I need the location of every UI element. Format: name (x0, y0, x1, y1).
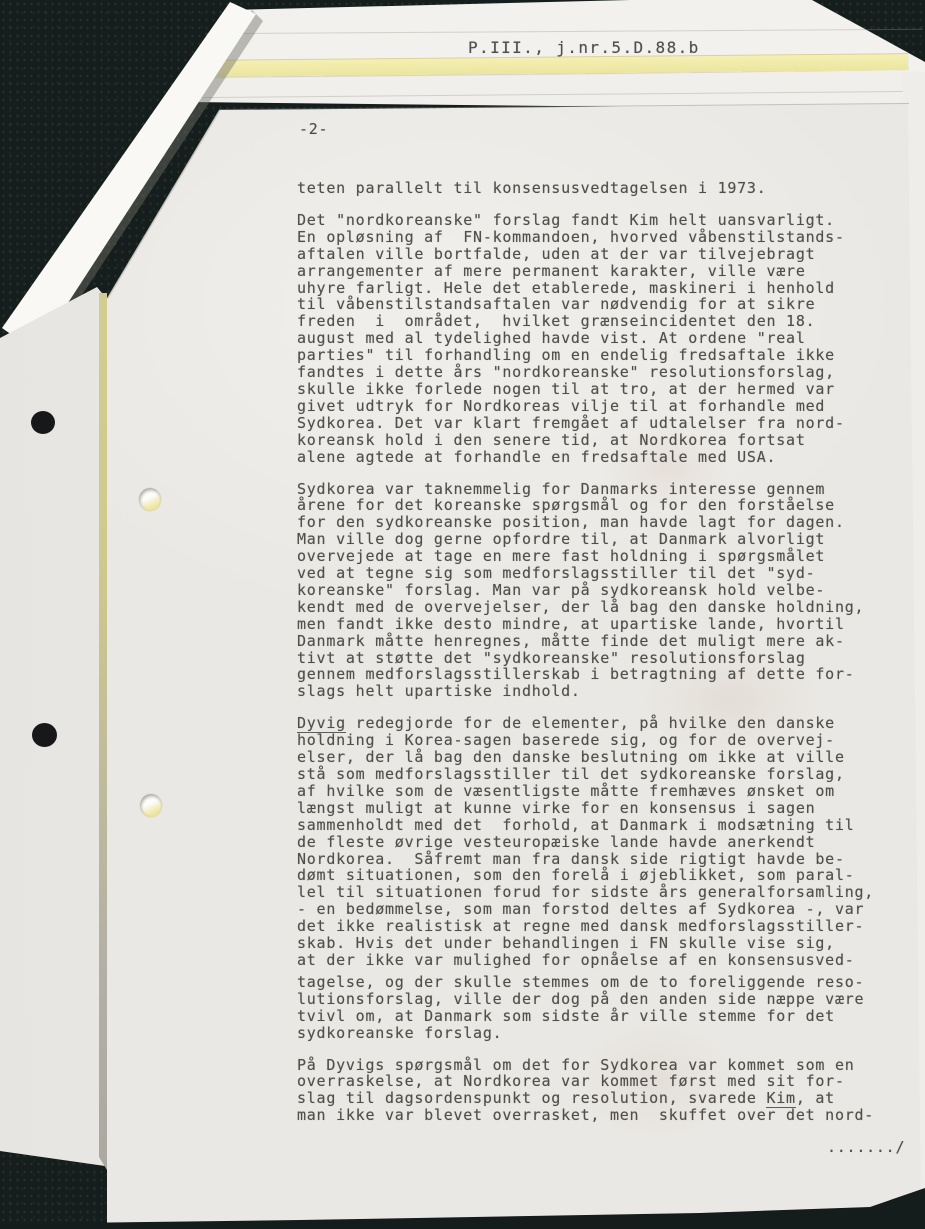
text-line: Nordkorea. Såfremt man fra dansk side ri… (297, 851, 925, 868)
page-number: -2- (299, 120, 328, 138)
header-reference: P.III., j.nr.5.D.88.b (468, 38, 700, 57)
text-line: En opløsning af FN-kommandoen, hvorved v… (297, 229, 925, 246)
text-line: arrangementer af mere permanent karakter… (297, 263, 925, 280)
text-line: årene for det koreanske spørgsmål og for… (297, 497, 925, 514)
text-line: fandtes i dette års "nordkoreanske" reso… (297, 364, 925, 381)
text-line: kendt med de overvejelser, der lå bag de… (297, 599, 925, 616)
punch-dot-top (31, 411, 55, 434)
text-line: teten parallelt til konsensusvedtagelsen… (297, 180, 925, 197)
text-line: stå som medforslagsstiller til det sydko… (297, 766, 925, 783)
text-line: til våbenstilstandsaftalen var nødvendig… (297, 296, 925, 313)
scanned-document-photo: P.III., j.nr.5.D.88.b -2- teten parallel… (0, 0, 925, 1229)
text-line: slag til dagsordenspunkt og resolution, … (297, 1090, 925, 1107)
text-line: parties" til forhandling om en endelig f… (297, 347, 925, 364)
text-line: Danmark måtte henregnes, måtte finde det… (297, 633, 925, 650)
text-line: tvivl om, at Danmark som sidste år ville… (297, 1008, 925, 1025)
text-line: overraskelse, at Nordkorea var kommet fø… (297, 1073, 925, 1090)
text-line: af hvilke som de væsentligste måtte frem… (297, 783, 925, 800)
text-line: sydkoreanske forslag. (297, 1025, 925, 1042)
text-line: august med al tydelighed havde vist. At … (297, 330, 925, 347)
text-line: at der ikke var mulighed for opnåelse af… (297, 952, 925, 969)
text-line: tivt at støtte det "sydkoreanske" resolu… (297, 650, 925, 667)
paragraph: Dyvig redegjorde for de elementer, på hv… (297, 715, 925, 1041)
text-line: slags helt upartiske indhold. (297, 683, 925, 700)
text-line: tagelse, og der skulle stemmes om de to … (297, 974, 925, 991)
punched-hole-bottom (140, 794, 162, 817)
paragraph: Det "nordkoreanske" forslag fandt Kim he… (297, 212, 925, 466)
text-line: Det "nordkoreanske" forslag fandt Kim he… (297, 212, 925, 229)
text-line: Dyvig redegjorde for de elementer, på hv… (297, 715, 925, 732)
text-line: alene agtede at forhandle en fredsaftale… (297, 449, 925, 466)
text-line: Man ville dog gerne opfordre til, at Dan… (297, 531, 925, 548)
text-line: dømt situationen, som den forelå i øjebl… (297, 867, 925, 884)
text-line: de fleste øvrige vesteuropæiske lande ha… (297, 834, 925, 851)
text-line: sammenholdt med det forhold, at Danmark … (297, 817, 925, 834)
text-line: det ikke realistisk at regne med dansk m… (297, 918, 925, 935)
text-line: Sydkorea var taknemmelig for Danmarks in… (297, 481, 925, 498)
text-line: skab. Hvis det under behandlingen i FN s… (297, 935, 925, 952)
text-line: lutionsforslag, ville der dog på den and… (297, 991, 925, 1008)
punched-hole-top (139, 488, 161, 511)
typewritten-text: teten parallelt til konsensusvedtagelsen… (297, 180, 925, 1156)
text-line: koreansk hold i den senere tid, at Nordk… (297, 432, 925, 449)
text-line: Sydkorea. Det var klart fremgået af udta… (297, 415, 925, 432)
text-line: givet udtryk for Nordkoreas vilje til at… (297, 398, 925, 415)
paragraph: teten parallelt til konsensusvedtagelsen… (297, 180, 925, 197)
paragraph: Sydkorea var taknemmelig for Danmarks in… (297, 481, 925, 701)
text-line: for den sydkoreanske position, man havde… (297, 514, 925, 531)
punch-dot-bottom (32, 723, 57, 747)
text-line: men fandt ikke desto mindre, at upartisk… (297, 616, 925, 633)
text-line: gennem medforslagsstillerskab i betragtn… (297, 666, 925, 683)
text-line: man ikke var blevet overrasket, men skuf… (297, 1107, 925, 1124)
text-line: lel til situationen forud for sidste års… (297, 884, 925, 901)
text-line: ved at tegne sig som medforslagsstiller … (297, 565, 925, 582)
paragraph: På Dyvigs spørgsmål om det for Sydkorea … (297, 1057, 925, 1125)
continuation-mark: ......./ (297, 1139, 925, 1156)
text-line: På Dyvigs spørgsmål om det for Sydkorea … (297, 1057, 925, 1074)
text-line: overvejede at tage en mere fast holdning… (297, 548, 925, 565)
text-line: uhyre farligt. Hele det etablerede, mask… (297, 280, 925, 297)
text-line: elser, der lå bag den danske beslutning … (297, 749, 925, 766)
text-line: freden i området, hvilket grænseincident… (297, 313, 925, 330)
text-line: skulle ikke forlede nogen til at tro, at… (297, 381, 925, 398)
text-line: holdning i Korea-sagen baserede sig, og … (297, 732, 925, 749)
text-line: længst muligt at kunne virke for en kons… (297, 800, 925, 817)
text-line: aftalen ville bortfalde, uden at der var… (297, 246, 925, 263)
text-line: - en bedømmelse, som man forstod deltes … (297, 901, 925, 918)
text-line: koreanske" forslag. Man var på sydkorean… (297, 582, 925, 599)
